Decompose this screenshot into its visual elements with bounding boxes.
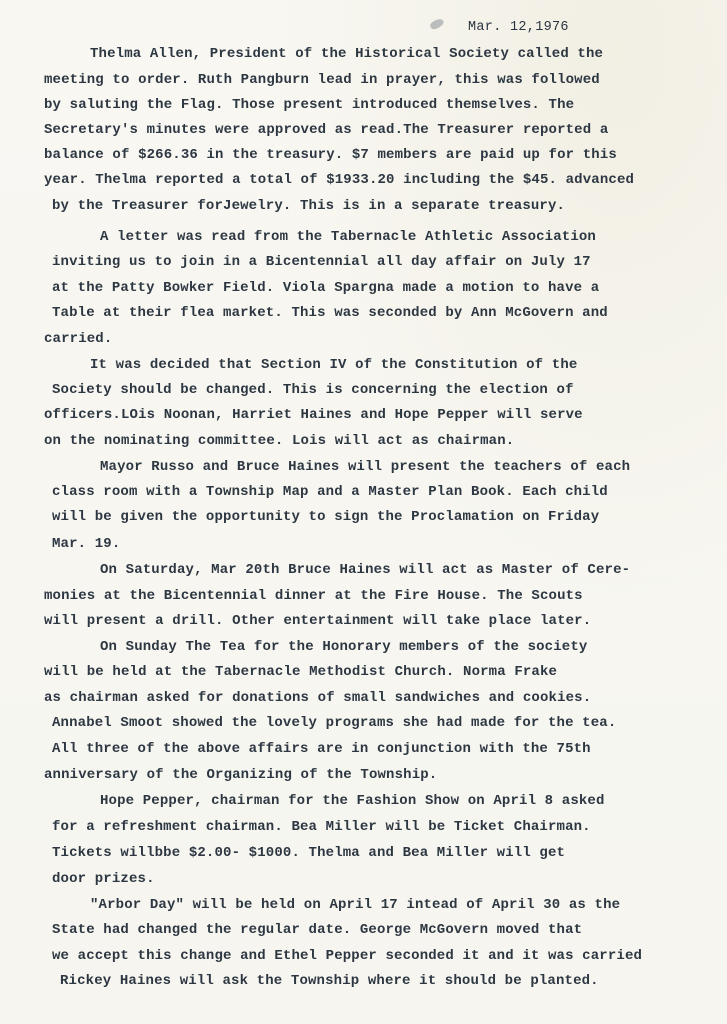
typed-line: Secretary's minutes were approved as rea… bbox=[44, 121, 608, 139]
typed-line: will be given the opportunity to sign th… bbox=[52, 508, 599, 526]
document-date: Mar. 12,1976 bbox=[468, 20, 569, 35]
typewritten-page: Mar. 12,1976 Thelma Allen, President of … bbox=[0, 0, 727, 1024]
typed-line: will present a drill. Other entertainmen… bbox=[44, 612, 591, 630]
typed-line: Thelma Allen, President of the Historica… bbox=[90, 45, 603, 63]
typed-line: A letter was read from the Tabernacle At… bbox=[100, 228, 596, 246]
typed-line: officers.LOis Noonan, Harriet Haines and… bbox=[44, 406, 583, 424]
typed-line: Annabel Smoot showed the lovely programs… bbox=[52, 714, 616, 732]
typed-line: Table at their flea market. This was sec… bbox=[52, 304, 608, 322]
typed-line: by saluting the Flag. Those present intr… bbox=[44, 96, 574, 114]
typed-line: On Saturday, Mar 20th Bruce Haines will … bbox=[100, 561, 630, 579]
typed-line: carried. bbox=[44, 330, 112, 348]
typed-line: It was decided that Section IV of the Co… bbox=[90, 356, 577, 374]
typed-line: we accept this change and Ethel Pepper s… bbox=[52, 947, 642, 965]
typed-line: Rickey Haines will ask the Township wher… bbox=[60, 972, 599, 990]
typed-line: "Arbor Day" will be held on April 17 int… bbox=[90, 896, 620, 914]
typed-line: anniversary of the Organizing of the Tow… bbox=[44, 766, 437, 784]
typed-line: on the nominating committee. Lois will a… bbox=[44, 432, 514, 450]
typed-line: On Sunday The Tea for the Honorary membe… bbox=[100, 638, 587, 656]
typed-line: year. Thelma reported a total of $1933.2… bbox=[44, 171, 634, 189]
typed-line: Hope Pepper, chairman for the Fashion Sh… bbox=[100, 792, 605, 810]
typed-line: monies at the Bicentennial dinner at the… bbox=[44, 587, 583, 605]
typed-line: State had changed the regular date. Geor… bbox=[52, 921, 582, 939]
ink-smudge-mark bbox=[429, 17, 445, 31]
typed-line: door prizes. bbox=[52, 870, 155, 888]
typed-line: for a refreshment chairman. Bea Miller w… bbox=[52, 818, 591, 836]
typed-line: at the Patty Bowker Field. Viola Spargna… bbox=[52, 279, 599, 297]
typed-line: Tickets willbbe $2.00- $1000. Thelma and… bbox=[52, 844, 565, 862]
typed-line: Mar. 19. bbox=[52, 535, 120, 553]
typed-line: meeting to order. Ruth Pangburn lead in … bbox=[44, 71, 600, 89]
typed-line: class room with a Township Map and a Mas… bbox=[52, 483, 608, 501]
typed-line: by the Treasurer forJewelry. This is in … bbox=[52, 197, 565, 215]
typed-line: will be held at the Tabernacle Methodist… bbox=[44, 663, 557, 681]
typed-line: inviting us to join in a Bicentennial al… bbox=[52, 253, 591, 271]
typed-line: as chairman asked for donations of small… bbox=[44, 689, 591, 707]
typed-line: balance of $266.36 in the treasury. $7 m… bbox=[44, 146, 617, 164]
typed-line: Society should be changed. This is conce… bbox=[52, 381, 574, 399]
typed-line: All three of the above affairs are in co… bbox=[52, 740, 591, 758]
typed-line: Mayor Russo and Bruce Haines will presen… bbox=[100, 458, 630, 476]
